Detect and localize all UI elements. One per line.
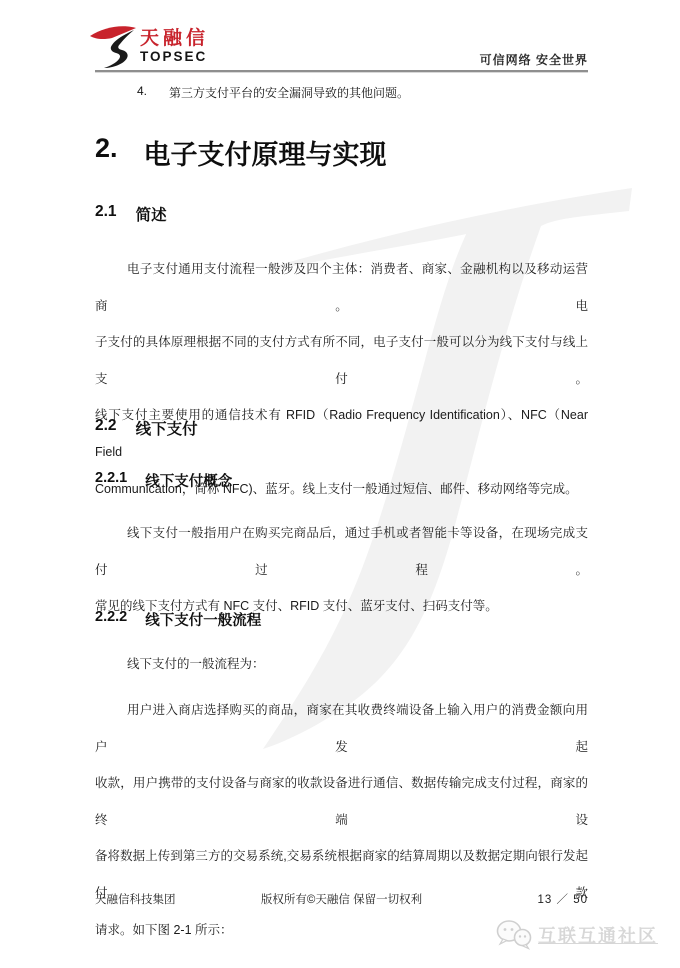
paragraph-line: 收款，用户携带的支付设备与商家的收款设备进行通信、数据传输完成支付过程，商家的终… <box>95 765 588 838</box>
section-2-1-paragraph: 电子支付通用支付流程一般涉及四个主体：消费者、商家、金融机构以及移动运营商。电 … <box>95 251 588 507</box>
topsec-logo: 天融信 TOPSEC <box>88 23 209 70</box>
section-title: 简述 <box>136 203 167 225</box>
section-title: 线下支付概念 <box>145 470 232 491</box>
section-number: 2.2.2 <box>95 609 127 630</box>
section-title: 线下支付 <box>136 417 198 439</box>
paragraph-line: 线下支付的一般流程为： <box>95 646 588 683</box>
paragraph-line: 电子支付通用支付流程一般涉及四个主体：消费者、商家、金融机构以及移动运营商。电 <box>95 251 588 324</box>
header-divider <box>95 70 588 73</box>
section-2-2-2-paragraph: 用户进入商店选择购买的商品，商家在其收费终端设备上输入用户的消费金额向用户发起 … <box>95 692 588 948</box>
paragraph-line: 线下支付一般指用户在购买完商品后，通过手机或者智能卡等设备，在现场完成支付过程。 <box>95 515 588 588</box>
section-number: 2.1 <box>95 203 117 225</box>
chapter-heading: 2. 电子支付原理与实现 <box>95 133 387 172</box>
brand-name-en: TOPSEC <box>140 50 209 64</box>
chat-bubbles-icon <box>496 919 532 951</box>
page-number: 13 ／ 50 <box>538 891 588 907</box>
footer-copyright: 版权所有©天融信 保留一切权利 <box>261 891 422 907</box>
section-2-2-heading: 2.2 线下支付 <box>95 417 198 439</box>
section-number: 2.2.1 <box>95 470 127 491</box>
section-2-1-heading: 2.1 简述 <box>95 203 167 225</box>
section-title: 线下支付一般流程 <box>145 609 261 630</box>
logo-text: 天融信 TOPSEC <box>140 29 209 64</box>
paragraph-line: 用户进入商店选择购买的商品，商家在其收费终端设备上输入用户的消费金额向用户发起 <box>95 692 588 765</box>
community-badge-label: 互联互通社区 <box>538 922 658 948</box>
list-item-number: 4. <box>137 84 147 101</box>
chapter-title: 电子支付原理与实现 <box>144 133 387 172</box>
chapter-number: 2. <box>95 133 118 172</box>
footer-company: 天融信科技集团 <box>95 891 176 907</box>
brand-name-cn: 天融信 <box>140 29 209 49</box>
community-badge: 互联互通社区 <box>496 919 658 951</box>
list-item-4: 4. 第三方支付平台的安全漏洞导致的其他问题。 <box>137 84 409 101</box>
paragraph-line: 子支付的具体原理根据不同的支付方式有所不同，电子支付一般可以分为线下支付与线上支… <box>95 324 588 397</box>
section-2-2-1-heading: 2.2.1 线下支付概念 <box>95 470 232 491</box>
section-number: 2.2 <box>95 417 117 439</box>
section-2-2-2-heading: 2.2.2 线下支付一般流程 <box>95 609 261 630</box>
section-2-2-2-intro: 线下支付的一般流程为： <box>95 646 588 683</box>
header-tagline: 可信网络 安全世界 <box>480 51 588 68</box>
topsec-swoosh-icon <box>88 23 138 70</box>
list-item-text: 第三方支付平台的安全漏洞导致的其他问题。 <box>169 84 409 101</box>
